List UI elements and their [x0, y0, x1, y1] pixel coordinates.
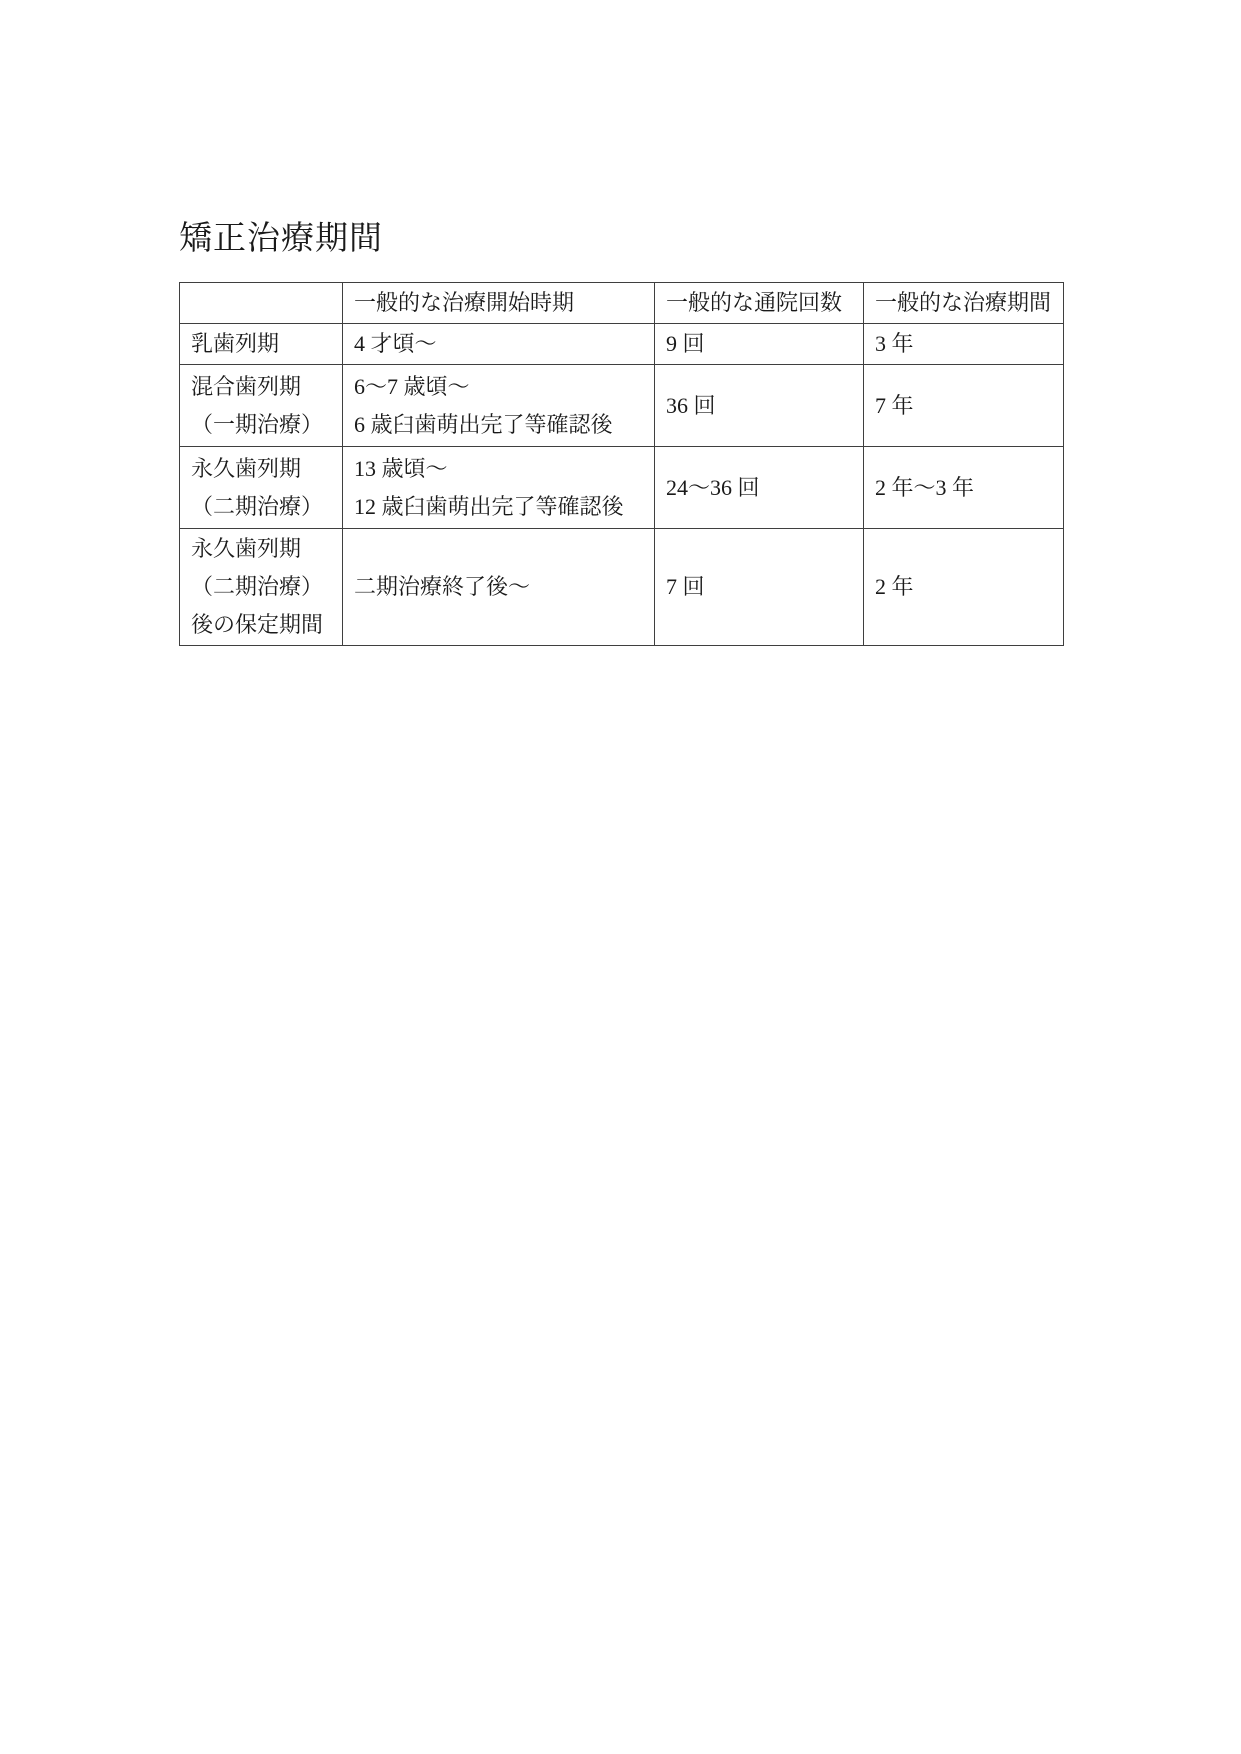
cell-text: （二期治療）: [191, 568, 331, 606]
cell-text: 9 回: [666, 325, 852, 363]
table-row-permanent-dentition: 永久歯列期 （二期治療） 13 歳頃～ 12 歳臼歯萌出完了等確認後 24～36…: [180, 447, 1064, 529]
header-cell-start-time: 一般的な治療開始時期: [343, 283, 655, 324]
cell-text: 13 歳頃～: [354, 450, 643, 488]
cell-text: 6～7 歳頃～: [354, 368, 643, 406]
start-time-cell: 4 才頃～: [343, 324, 655, 365]
cell-text: 4 才頃～: [354, 325, 643, 363]
header-cell-duration: 一般的な治療期間: [864, 283, 1064, 324]
duration-cell: 2 年: [864, 529, 1064, 646]
start-time-cell: 13 歳頃～ 12 歳臼歯萌出完了等確認後: [343, 447, 655, 529]
cell-text: 3 年: [875, 325, 1052, 363]
cell-text: 6 歳臼歯萌出完了等確認後: [354, 406, 643, 444]
table-row-retention-period: 永久歯列期 （二期治療） 後の保定期間 二期治療終了後～ 7 回 2 年: [180, 529, 1064, 646]
cell-text: 混合歯列期: [191, 368, 331, 406]
cell-text: 永久歯列期: [191, 450, 331, 488]
header-cell-visit-count: 一般的な通院回数: [655, 283, 864, 324]
cell-text: （二期治療）: [191, 488, 331, 526]
cell-text: 2 年～3 年: [875, 469, 1052, 507]
cell-text: 7 回: [666, 568, 852, 606]
row-label-cell: 永久歯列期 （二期治療）: [180, 447, 343, 529]
visit-count-cell: 24～36 回: [655, 447, 864, 529]
header-cell-empty: [180, 283, 343, 324]
cell-text: （一期治療）: [191, 406, 331, 444]
cell-text: 永久歯列期: [191, 530, 331, 568]
cell-text: 36 回: [666, 387, 852, 425]
table-row-primary-dentition: 乳歯列期 4 才頃～ 9 回 3 年: [180, 324, 1064, 365]
row-label-cell: 乳歯列期: [180, 324, 343, 365]
table-row-mixed-dentition: 混合歯列期 （一期治療） 6～7 歳頃～ 6 歳臼歯萌出完了等確認後 36 回 …: [180, 365, 1064, 447]
cell-text: 二期治療終了後～: [354, 568, 643, 606]
cell-text: 2 年: [875, 568, 1052, 606]
page-title: 矯正治療期間: [179, 221, 383, 257]
duration-cell: 3 年: [864, 324, 1064, 365]
visit-count-cell: 9 回: [655, 324, 864, 365]
cell-text: 乳歯列期: [191, 325, 331, 363]
visit-count-cell: 36 回: [655, 365, 864, 447]
cell-text: 24～36 回: [666, 469, 852, 507]
cell-text: 7 年: [875, 387, 1052, 425]
visit-count-cell: 7 回: [655, 529, 864, 646]
row-label-cell: 永久歯列期 （二期治療） 後の保定期間: [180, 529, 343, 646]
cell-text: 後の保定期間: [191, 606, 331, 644]
start-time-cell: 二期治療終了後～: [343, 529, 655, 646]
table-header-row: 一般的な治療開始時期 一般的な通院回数 一般的な治療期間: [180, 283, 1064, 324]
row-label-cell: 混合歯列期 （一期治療）: [180, 365, 343, 447]
treatment-period-table: 一般的な治療開始時期 一般的な通院回数 一般的な治療期間 乳歯列期 4 才頃～ …: [179, 282, 1064, 646]
document-page: 矯正治療期間 一般的な治療開始時期 一般的な通院回数 一般的な治療期間 乳歯列期…: [0, 0, 1241, 1754]
duration-cell: 7 年: [864, 365, 1064, 447]
duration-cell: 2 年～3 年: [864, 447, 1064, 529]
start-time-cell: 6～7 歳頃～ 6 歳臼歯萌出完了等確認後: [343, 365, 655, 447]
cell-text: 12 歳臼歯萌出完了等確認後: [354, 488, 643, 526]
